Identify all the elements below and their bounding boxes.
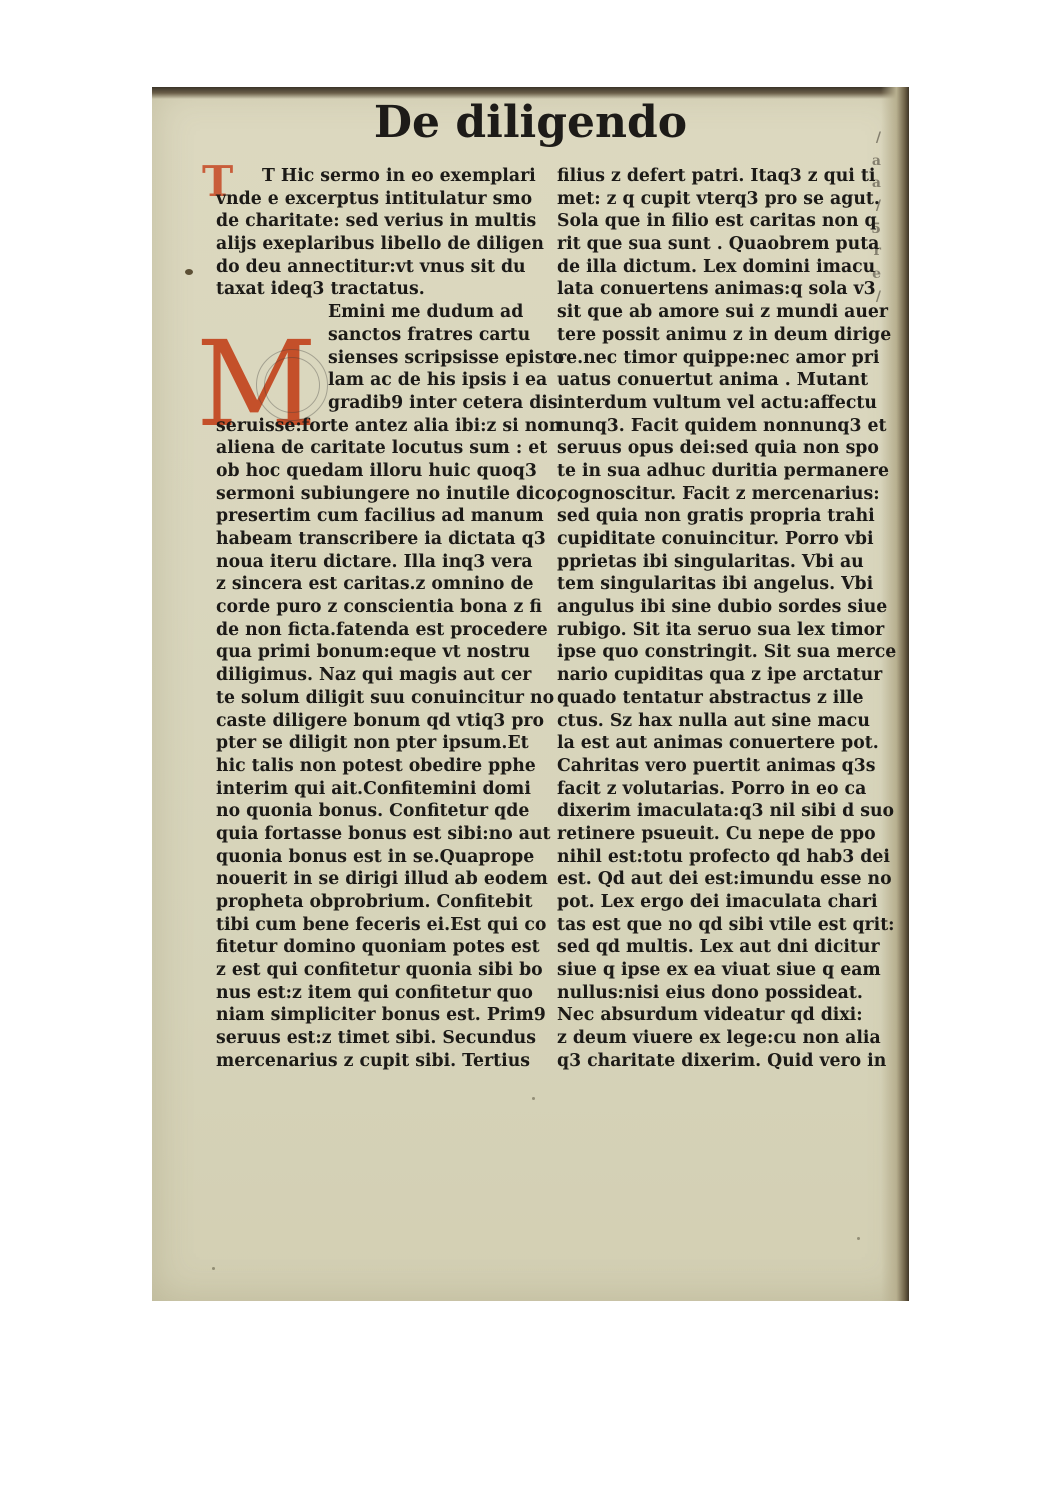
text-line: rubigo. Sit ita seruo sua lex timor	[557, 619, 875, 642]
text-line: cupiditate conuincitur. Porro vbi	[557, 528, 875, 551]
text-line: siue q ipse ex ea viuat siue q eam	[557, 959, 875, 982]
text-line: angulus ibi sine dubio sordes siue	[557, 596, 875, 619]
text-line: diligimus. Naz qui magis aut cer	[216, 664, 546, 687]
text-line: aliena de caritate locutus sum : et	[216, 437, 546, 460]
text-line: tem singularitas ibi angelus. Vbi	[557, 573, 875, 596]
running-title: De diligendo	[152, 97, 909, 148]
text-line: presertim cum facilius ad manum	[216, 505, 546, 528]
text-line: sanctos fratres cartu	[216, 324, 546, 347]
text-line: te in sua adhuc duritia permanere	[557, 460, 875, 483]
text-line: sienses scripsisse episto	[216, 347, 546, 370]
text-line: nihil est:totu profecto qd hab3 dei	[557, 846, 875, 869]
text-line: quado tentatur abstractus z ille	[557, 687, 875, 710]
text-line: uatus conuertut anima . Mutant	[557, 369, 875, 392]
text-column-left: T Hic sermo in eo exemplari vnde e excer…	[216, 165, 546, 1073]
text-line: hic talis non potest obedire pphe	[216, 755, 546, 778]
text-line: de non ficta.fatenda est procedere	[216, 619, 546, 642]
text-line: de illa dictum. Lex domini imacu	[557, 256, 875, 279]
text-line: te solum diligit suu conuincitur no	[216, 687, 546, 710]
text-line: T Hic sermo in eo exemplari	[216, 165, 546, 188]
text-line: propheta obprobrium. Confitebit	[216, 891, 546, 914]
text-line: z deum viuere ex lege:cu non alia	[557, 1027, 875, 1050]
text-line: Cahritas vero puertit animas q3s	[557, 755, 875, 778]
text-line: pprietas ibi singularitas. Vbi au	[557, 551, 875, 574]
text-line: retinere psueuit. Cu nepe de ppo	[557, 823, 875, 846]
text-line: seruisse:forte antez alia ibi:z si non	[216, 415, 546, 438]
text-line: z est qui confitetur quonia sibi bo	[216, 959, 546, 982]
text-line: Emini me dudum ad	[216, 301, 546, 324]
page-binding-edge	[881, 87, 909, 1301]
text-line: no quonia bonus. Confitetur qde	[216, 800, 546, 823]
manuscript-page: De diligendo / a a / 5 r e / T M T Hic s…	[152, 87, 909, 1301]
text-line: lata conuertens animas:q sola v3	[557, 278, 875, 301]
text-line: cognoscitur. Facit z mercenarius:	[557, 483, 875, 506]
ink-stain	[185, 269, 193, 275]
text-line: nouerit in se dirigi illud ab eodem	[216, 868, 546, 891]
text-line: caste diligere bonum qd vtiq3 pro	[216, 710, 546, 733]
text-line: quia fortasse bonus est sibi:no aut	[216, 823, 546, 846]
text-line: dixerim imaculata:q3 nil sibi d suo	[557, 800, 875, 823]
text-line: ob hoc quedam illoru huic quoq3	[216, 460, 546, 483]
text-line: interim qui ait.Confitemini domi	[216, 778, 546, 801]
text-line: seruus est:z timet sibi. Secundus	[216, 1027, 546, 1050]
text-line: nunq3. Facit quidem nonnunq3 et	[557, 415, 875, 438]
text-line: tibi cum bene feceris ei.Est qui co	[216, 914, 546, 937]
text-line: habeam transcribere ia dictata q3	[216, 528, 546, 551]
text-line: tas est que no qd sibi vtile est qrit:	[557, 914, 875, 937]
text-line: met: z q cupit vterq3 pro se agut.	[557, 188, 875, 211]
text-line: nullus:nisi eius dono possideat.	[557, 982, 875, 1005]
text-line: de charitate: sed verius in multis	[216, 210, 546, 233]
text-line: facit z volutarias. Porro in eo ca	[557, 778, 875, 801]
paper-speck	[532, 1097, 535, 1100]
text-line: fitetur domino quoniam potes est	[216, 936, 546, 959]
text-line: sit que ab amore sui z mundi auer	[557, 301, 875, 324]
text-line: z sincera est caritas.z omnino de	[216, 573, 546, 596]
text-line: gradib9 inter cetera dis	[216, 392, 546, 415]
text-line: lam ac de his ipsis i ea	[216, 369, 546, 392]
text-line: noua iteru dictare. Illa inq3 vera	[216, 551, 546, 574]
text-line: sermoni subiungere no inutile dico;	[216, 483, 546, 506]
paper-speck	[857, 1237, 860, 1240]
paper-speck	[212, 1267, 215, 1270]
text-line: pot. Lex ergo dei imaculata chari	[557, 891, 875, 914]
text-line: mercenarius z cupit sibi. Tertius	[216, 1050, 546, 1073]
text-line: nus est:z item qui confitetur quo	[216, 982, 546, 1005]
text-line: ipse quo constringit. Sit sua merce	[557, 641, 875, 664]
text-line: vnde e excerptus intitulatur smo	[216, 188, 546, 211]
text-line: filius z defert patri. Itaq3 z qui ti	[557, 165, 875, 188]
text-line: alijs exeplaribus libello de diligen	[216, 233, 546, 256]
text-line: sed quia non gratis propria trahi	[557, 505, 875, 528]
text-line: la est aut animas conuertere pot.	[557, 732, 875, 755]
text-line: pter se diligit non pter ipsum.Et	[216, 732, 546, 755]
text-line: corde puro z conscientia bona z fi	[216, 596, 546, 619]
text-column-right: filius z defert patri. Itaq3 z qui ti me…	[557, 165, 875, 1073]
text-line: taxat ideq3 tractatus.	[216, 278, 546, 301]
text-line: seruus opus dei:sed quia non spo	[557, 437, 875, 460]
text-line: rit que sua sunt . Quaobrem puta	[557, 233, 875, 256]
text-line: Sola que in filio est caritas non q	[557, 210, 875, 233]
text-line: qua primi bonum:eque vt nostru	[216, 641, 546, 664]
text-line: nario cupiditas qua z ipe arctatur	[557, 664, 875, 687]
text-line: est. Qd aut dei est:imundu esse no	[557, 868, 875, 891]
text-line: q3 charitate dixerim. Quid vero in	[557, 1050, 875, 1073]
text-line: Nec absurdum videatur qd dixi:	[557, 1004, 875, 1027]
text-line: do deu annectitur:vt vnus sit du	[216, 256, 546, 279]
text-line: re.nec timor quippe:nec amor pri	[557, 347, 875, 370]
text-line: tere possit animu z in deum dirige	[557, 324, 875, 347]
text-line: sed qd multis. Lex aut dni dicitur	[557, 936, 875, 959]
text-line: quonia bonus est in se.Quaprope	[216, 846, 546, 869]
text-line: niam simpliciter bonus est. Prim9	[216, 1004, 546, 1027]
text-line: interdum vultum vel actu:affectu	[557, 392, 875, 415]
text-line: ctus. Sz hax nulla aut sine macu	[557, 710, 875, 733]
